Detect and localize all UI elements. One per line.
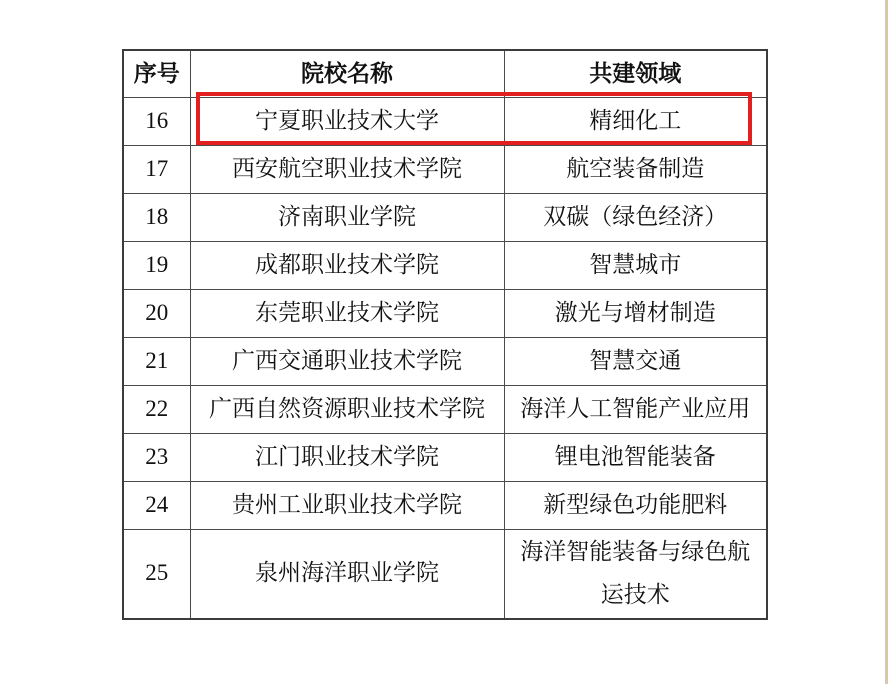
table-row: 24 贵州工业职业技术学院 新型绿色功能肥料 <box>123 481 767 529</box>
header-school-name: 院校名称 <box>190 50 504 97</box>
cell-no: 17 <box>123 145 190 193</box>
cell-no: 25 <box>123 529 190 619</box>
cell-field: 海洋智能装备与绿色航运技术 <box>504 529 767 619</box>
cell-field: 激光与增材制造 <box>504 289 767 337</box>
table-header-row: 序号 院校名称 共建领域 <box>123 50 767 97</box>
cell-school: 济南职业学院 <box>190 193 504 241</box>
cell-school: 西安航空职业技术学院 <box>190 145 504 193</box>
cell-no: 22 <box>123 385 190 433</box>
header-cobuild-field: 共建领域 <box>504 50 767 97</box>
page-edge-strip <box>885 0 888 684</box>
cell-school: 泉州海洋职业学院 <box>190 529 504 619</box>
cell-field: 锂电池智能装备 <box>504 433 767 481</box>
cell-school: 东莞职业技术学院 <box>190 289 504 337</box>
cell-no: 21 <box>123 337 190 385</box>
cell-no: 23 <box>123 433 190 481</box>
cell-school: 贵州工业职业技术学院 <box>190 481 504 529</box>
cell-field: 精细化工 <box>504 97 767 145</box>
cell-no: 24 <box>123 481 190 529</box>
table-row: 18 济南职业学院 双碳（绿色经济） <box>123 193 767 241</box>
cell-field: 航空装备制造 <box>504 145 767 193</box>
table-row: 19 成都职业技术学院 智慧城市 <box>123 241 767 289</box>
header-seq-number: 序号 <box>123 50 190 97</box>
table-row: 22 广西自然资源职业技术学院 海洋人工智能产业应用 <box>123 385 767 433</box>
cell-school: 广西自然资源职业技术学院 <box>190 385 504 433</box>
table-row: 20 东莞职业技术学院 激光与增材制造 <box>123 289 767 337</box>
cell-no: 18 <box>123 193 190 241</box>
cell-no: 20 <box>123 289 190 337</box>
table-row: 17 西安航空职业技术学院 航空装备制造 <box>123 145 767 193</box>
cell-field: 海洋人工智能产业应用 <box>504 385 767 433</box>
table-row: 21 广西交通职业技术学院 智慧交通 <box>123 337 767 385</box>
cell-school: 江门职业技术学院 <box>190 433 504 481</box>
cell-no: 19 <box>123 241 190 289</box>
table-row: 16 宁夏职业技术大学 精细化工 <box>123 97 767 145</box>
cell-field: 智慧交通 <box>504 337 767 385</box>
table-row: 25 泉州海洋职业学院 海洋智能装备与绿色航运技术 <box>123 529 767 619</box>
cell-field: 双碳（绿色经济） <box>504 193 767 241</box>
cell-school: 广西交通职业技术学院 <box>190 337 504 385</box>
table-row: 23 江门职业技术学院 锂电池智能装备 <box>123 433 767 481</box>
institutions-table: 序号 院校名称 共建领域 16 宁夏职业技术大学 精细化工 17 西安航空职业技… <box>122 49 768 620</box>
cell-field: 新型绿色功能肥料 <box>504 481 767 529</box>
cell-field: 智慧城市 <box>504 241 767 289</box>
cell-no: 16 <box>123 97 190 145</box>
document-page: { "table": { "headers": [ { "label": "序号… <box>0 0 893 684</box>
cell-school: 成都职业技术学院 <box>190 241 504 289</box>
cell-school: 宁夏职业技术大学 <box>190 97 504 145</box>
